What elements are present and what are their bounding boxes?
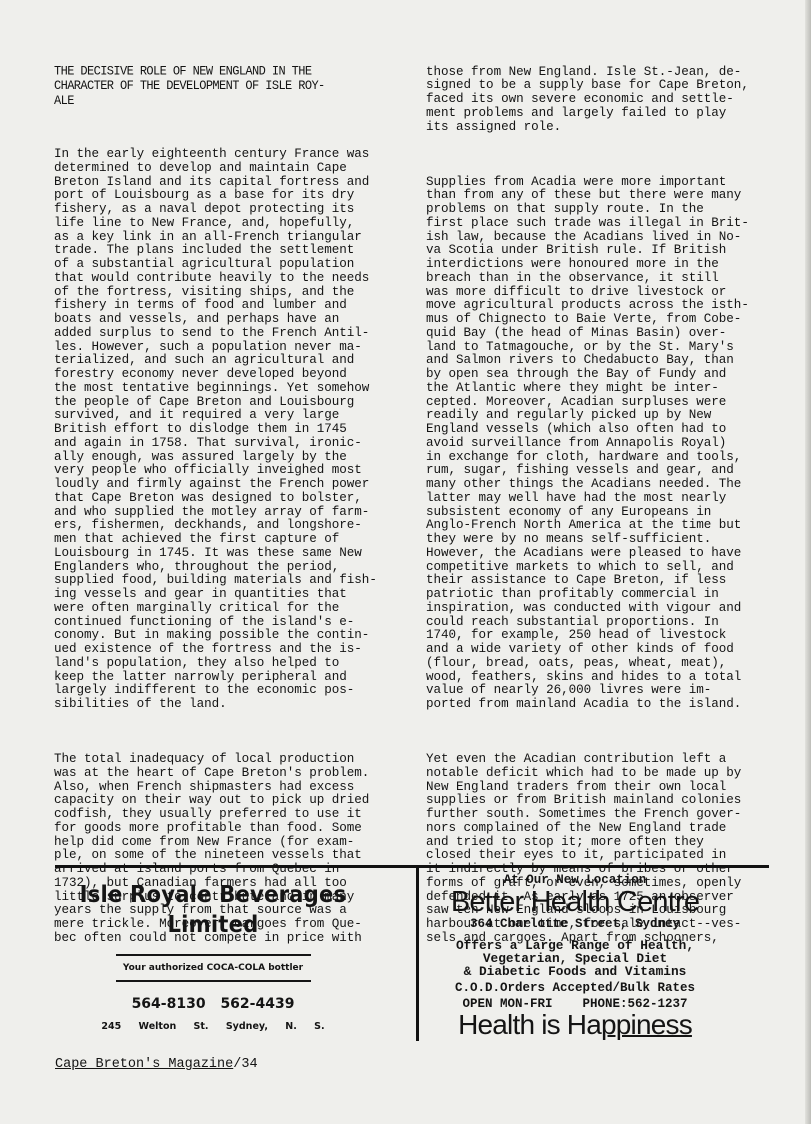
ad-slogan: Health is Happiness bbox=[420, 1010, 730, 1040]
ad-address: 245 Welton St. Sydney, N. S. bbox=[58, 1021, 368, 1032]
ad-intro: At Our New Location bbox=[420, 873, 730, 887]
ad-store-name: Better Health Centre bbox=[420, 887, 730, 917]
ad-better-health-centre: At Our New Location Better Health Centre… bbox=[420, 873, 730, 1040]
paragraph: In the early eighteenth century France w… bbox=[54, 148, 406, 712]
paragraph: those from New England. Isle St.-Jean, d… bbox=[426, 66, 786, 135]
title-line-1: THE DECISIVE ROLE OF NEW ENGLAND IN THE bbox=[54, 63, 311, 78]
ad-phone-2: 562-4439 bbox=[220, 996, 294, 1012]
ad-phone-1: 564-8130 bbox=[132, 996, 206, 1012]
page-edge-shadow bbox=[805, 0, 811, 1124]
ad-rule-top bbox=[116, 954, 311, 956]
ad-address: 364 Charlotte Street, Sydney bbox=[420, 917, 730, 931]
ad-divider-rule bbox=[416, 865, 419, 1041]
ad-isle-royale-beverages: Isle Royale Beverages Limited Your autho… bbox=[58, 880, 368, 1032]
ad-section-top-rule bbox=[55, 865, 769, 868]
ad-street: 245 Welton St. bbox=[101, 1021, 208, 1032]
ad-company-name: Isle Royale Beverages bbox=[70, 880, 355, 910]
ad-slogan-underlined: ppiness bbox=[601, 1009, 692, 1040]
page-number: 34 bbox=[241, 1057, 257, 1072]
ad-tagline: Your authorized COCA-COLA bottler bbox=[58, 963, 368, 974]
ad-city: Sydney, N. S. bbox=[226, 1021, 325, 1032]
ad-cod-orders: C.O.D.Orders Accepted/Bulk Rates bbox=[420, 982, 730, 994]
ad-phone-numbers: 564-8130 562-4439 bbox=[58, 996, 368, 1012]
magazine-name: Cape Breton's Magazine bbox=[55, 1057, 233, 1072]
ad-slogan-start: Health is Ha bbox=[458, 1009, 601, 1040]
paragraph: Supplies from Acadia were more important… bbox=[426, 176, 786, 712]
page-footer: Cape Breton's Magazine/34 bbox=[55, 1057, 258, 1072]
ad-offers: Offers a Large Range of Health, Vegetari… bbox=[420, 939, 730, 978]
article-title: THE DECISIVE ROLE OF NEW ENGLAND IN THE … bbox=[54, 64, 406, 107]
article-right-column: those from New England. Isle St.-Jean, d… bbox=[426, 38, 786, 973]
title-line-3: ALE bbox=[54, 92, 74, 107]
ad-rule-bottom bbox=[116, 980, 311, 982]
title-line-2: CHARACTER OF THE DEVELOPMENT OF ISLE ROY… bbox=[54, 78, 325, 93]
ad-company-suffix: Limited bbox=[70, 910, 355, 940]
article-left-column: THE DECISIVE ROLE OF NEW ENGLAND IN THE … bbox=[54, 38, 406, 973]
